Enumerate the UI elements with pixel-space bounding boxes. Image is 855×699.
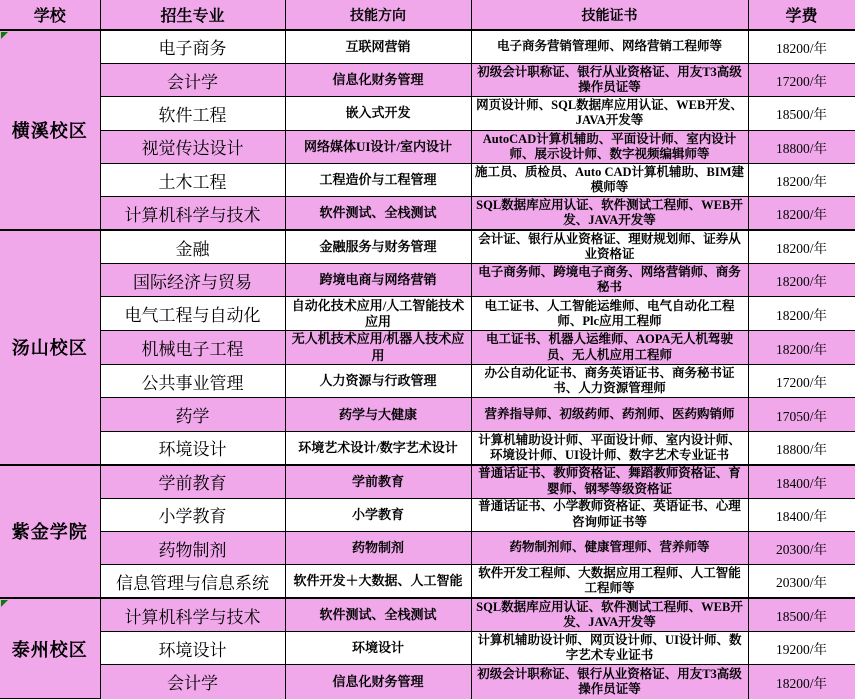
table-row: 计算机科学与技术 软件测试、全栈测试 SQL数据库应用认证、软件测试工程师、WE… [0,197,855,230]
major-cell[interactable]: 电子商务 [100,30,285,63]
table-body: 横溪校区 电子商务 互联网营销 电子商务营销管理师、网络营销工程师等 18200… [0,30,855,699]
fee-cell[interactable]: 20300/年 [748,531,855,564]
major-cell[interactable]: 药学 [100,398,285,431]
direction-cell[interactable]: 软件测试、全栈测试 [285,197,471,230]
direction-cell[interactable]: 药学与大健康 [285,398,471,431]
table-row: 汤山校区 金融 金融服务与财务管理 会计证、银行从业资格证、理财规划师、证券从业… [0,230,855,263]
table-row: 会计学 信息化财务管理 初级会计职称证、银行从业资格证、用友T3高级操作员证等 … [0,63,855,96]
certificates-cell[interactable]: SQL数据库应用认证、软件测试工程师、WEB开发、JAVA开发等 [471,197,748,230]
campus-cell-tangshan[interactable]: 汤山校区 [0,230,100,465]
fee-cell[interactable]: 18200/年 [748,197,855,230]
major-cell[interactable]: 小学教育 [100,498,285,531]
header-skill-direction[interactable]: 技能方向 [285,0,471,30]
fee-cell[interactable]: 18200/年 [748,30,855,63]
campus-label: 紫金学院 [12,522,88,542]
certificates-cell[interactable]: 初级会计职称证、银行从业资格证、用友T3高级操作员证等 [471,63,748,96]
header-school[interactable]: 学校 [0,0,100,30]
campus-cell-hengxi[interactable]: 横溪校区 [0,30,100,230]
campus-label: 泰州校区 [12,640,88,660]
certificates-cell[interactable]: AutoCAD计算机辅助、平面设计师、室内设计师、展示设计师、数字视频编辑师等 [471,130,748,163]
table-row: 公共事业管理 人力资源与行政管理 办公自动化证书、商务英语证书、商务秘书证书、人… [0,365,855,398]
direction-cell[interactable]: 药物制剂 [285,531,471,564]
major-cell[interactable]: 学前教育 [100,465,285,498]
direction-cell[interactable]: 环境艺术设计/数字艺术设计 [285,431,471,464]
major-cell[interactable]: 会计学 [100,665,285,699]
major-cell[interactable]: 药物制剂 [100,531,285,564]
certificates-cell[interactable]: 普通话证书、小学教师资格证、英语证书、心理咨询师证书等 [471,498,748,531]
excel-corner-marker-icon [1,32,8,39]
direction-cell[interactable]: 金融服务与财务管理 [285,230,471,263]
major-cell[interactable]: 金融 [100,230,285,263]
campus-cell-taizhou[interactable]: 泰州校区 [0,598,100,698]
direction-cell[interactable]: 自动化技术应用/人工智能技术应用 [285,297,471,331]
certificates-cell[interactable]: 网页设计师、SQL数据库应用认证、WEB开发、JAVA开发等 [471,97,748,130]
direction-cell[interactable]: 工程造价与工程管理 [285,163,471,196]
table-row: 国际经济与贸易 跨境电商与网络营销 电子商务师、跨境电子商务、网络营销师、商务秘… [0,264,855,297]
fee-cell[interactable]: 18200/年 [748,297,855,331]
fee-cell[interactable]: 17050/年 [748,398,855,431]
major-cell[interactable]: 国际经济与贸易 [100,264,285,297]
fee-cell[interactable]: 20300/年 [748,565,855,598]
major-cell[interactable]: 环境设计 [100,431,285,464]
major-cell[interactable]: 计算机科学与技术 [100,197,285,230]
certificates-cell[interactable]: 电子商务营销管理师、网络营销工程师等 [471,30,748,63]
certificates-cell[interactable]: 初级会计职称证、银行从业资格证、用友T3高级操作员证等 [471,665,748,699]
major-cell[interactable]: 电气工程与自动化 [100,297,285,331]
direction-cell[interactable]: 信息化财务管理 [285,63,471,96]
fee-cell[interactable]: 18800/年 [748,130,855,163]
table-row: 软件工程 嵌入式开发 网页设计师、SQL数据库应用认证、WEB开发、JAVA开发… [0,97,855,130]
campus-label: 汤山校区 [12,338,88,358]
fee-cell[interactable]: 18500/年 [748,598,855,631]
major-cell[interactable]: 公共事业管理 [100,365,285,398]
table-row: 环境设计 环境设计 计算机辅助设计师、网页设计师、UI设计师、数字艺术专业证书 … [0,632,855,665]
fee-cell[interactable]: 17200/年 [748,365,855,398]
table-row: 电气工程与自动化 自动化技术应用/人工智能技术应用 电工证书、人工智能运维师、电… [0,297,855,331]
direction-cell[interactable]: 软件开发＋大数据、人工智能 [285,565,471,598]
campus-label: 横溪校区 [12,121,88,141]
table-row: 横溪校区 电子商务 互联网营销 电子商务营销管理师、网络营销工程师等 18200… [0,30,855,63]
direction-cell[interactable]: 人力资源与行政管理 [285,365,471,398]
major-cell[interactable]: 会计学 [100,63,285,96]
direction-cell[interactable]: 互联网营销 [285,30,471,63]
certificates-cell[interactable]: 计算机辅助设计师、网页设计师、UI设计师、数字艺术专业证书 [471,632,748,665]
certificates-cell[interactable]: SQL数据库应用认证、软件测试工程师、WEB开发、JAVA开发等 [471,598,748,631]
major-cell[interactable]: 土木工程 [100,163,285,196]
certificates-cell[interactable]: 营养指导师、初级药师、药剂师、医药购销师 [471,398,748,431]
table-row: 视觉传达设计 网络媒体UI设计/室内设计 AutoCAD计算机辅助、平面设计师、… [0,130,855,163]
table-row: 小学教育 小学教育 普通话证书、小学教师资格证、英语证书、心理咨询师证书等 18… [0,498,855,531]
major-cell[interactable]: 视觉传达设计 [100,130,285,163]
direction-cell[interactable]: 跨境电商与网络营销 [285,264,471,297]
fee-cell[interactable]: 18200/年 [748,665,855,699]
major-cell[interactable]: 软件工程 [100,97,285,130]
certificates-cell[interactable]: 施工员、质检员、Auto CAD计算机辅助、BIM建模师等 [471,163,748,196]
direction-cell[interactable]: 网络媒体UI设计/室内设计 [285,130,471,163]
table-header: 学校 招生专业 技能方向 技能证书 学费 [0,0,855,30]
major-cell[interactable]: 环境设计 [100,632,285,665]
direction-cell[interactable]: 环境设计 [285,632,471,665]
direction-cell[interactable]: 信息化财务管理 [285,665,471,699]
certificates-cell[interactable]: 药物制剂师、健康管理师、营养师等 [471,531,748,564]
table-row: 土木工程 工程造价与工程管理 施工员、质检员、Auto CAD计算机辅助、BIM… [0,163,855,196]
certificates-cell[interactable]: 电子商务师、跨境电子商务、网络营销师、商务秘书 [471,264,748,297]
certificates-cell[interactable]: 电工证书、机器人运维师、AOPA无人机驾驶员、无人机应用工程师 [471,331,748,365]
major-cell[interactable]: 信息管理与信息系统 [100,565,285,598]
certificates-cell[interactable]: 软件开发工程师、大数据应用工程师、人工智能工程师等 [471,565,748,598]
fee-cell[interactable]: 18200/年 [748,264,855,297]
fee-cell[interactable]: 18200/年 [748,331,855,365]
excel-corner-marker-icon [1,600,8,607]
direction-cell[interactable]: 小学教育 [285,498,471,531]
certificates-cell[interactable]: 办公自动化证书、商务英语证书、商务秘书证书、人力资源管理师 [471,365,748,398]
header-tuition[interactable]: 学费 [748,0,855,30]
fee-cell[interactable]: 19200/年 [748,632,855,665]
fee-cell[interactable]: 18800/年 [748,431,855,464]
direction-cell[interactable]: 嵌入式开发 [285,97,471,130]
campus-cell-zijin[interactable]: 紫金学院 [0,465,100,598]
fee-cell[interactable]: 18500/年 [748,97,855,130]
direction-cell[interactable]: 学前教育 [285,465,471,498]
fee-cell[interactable]: 18200/年 [748,230,855,263]
table-row: 药物制剂 药物制剂 药物制剂师、健康管理师、营养师等 20300/年 [0,531,855,564]
fee-cell[interactable]: 18200/年 [748,163,855,196]
table-row: 信息管理与信息系统 软件开发＋大数据、人工智能 软件开发工程师、大数据应用工程师… [0,565,855,598]
major-cell[interactable]: 计算机科学与技术 [100,598,285,631]
direction-cell[interactable]: 无人机技术应用/机器人技术应用 [285,331,471,365]
header-major[interactable]: 招生专业 [100,0,285,30]
table-row: 环境设计 环境艺术设计/数字艺术设计 计算机辅助设计师、平面设计师、室内设计师、… [0,431,855,464]
certificates-cell[interactable]: 会计证、银行从业资格证、理财规划师、证券从业资格证 [471,230,748,263]
direction-cell[interactable]: 软件测试、全栈测试 [285,598,471,631]
certificates-cell[interactable]: 电工证书、人工智能运维师、电气自动化工程师、Plc应用工程师 [471,297,748,331]
admissions-table: 学校 招生专业 技能方向 技能证书 学费 横溪校区 电子商务 互联网营销 电子商… [0,0,855,699]
fee-cell[interactable]: 18400/年 [748,465,855,498]
table-row: 紫金学院 学前教育 学前教育 普通话证书、教师资格证、舞蹈教师资格证、育婴师、钢… [0,465,855,498]
major-cell[interactable]: 机械电子工程 [100,331,285,365]
fee-cell[interactable]: 17200/年 [748,63,855,96]
table-row: 会计学 信息化财务管理 初级会计职称证、银行从业资格证、用友T3高级操作员证等 … [0,665,855,699]
header-row: 学校 招生专业 技能方向 技能证书 学费 [0,0,855,30]
header-skill-certificate[interactable]: 技能证书 [471,0,748,30]
table-row: 机械电子工程 无人机技术应用/机器人技术应用 电工证书、机器人运维师、AOPA无… [0,331,855,365]
table-row: 药学 药学与大健康 营养指导师、初级药师、药剂师、医药购销师 17050/年 [0,398,855,431]
certificates-cell[interactable]: 计算机辅助设计师、平面设计师、室内设计师、环境设计师、UI设计师、数字艺术专业证… [471,431,748,464]
fee-cell[interactable]: 18400/年 [748,498,855,531]
table-row: 泰州校区 计算机科学与技术 软件测试、全栈测试 SQL数据库应用认证、软件测试工… [0,598,855,631]
certificates-cell[interactable]: 普通话证书、教师资格证、舞蹈教师资格证、育婴师、钢琴等级资格证 [471,465,748,498]
